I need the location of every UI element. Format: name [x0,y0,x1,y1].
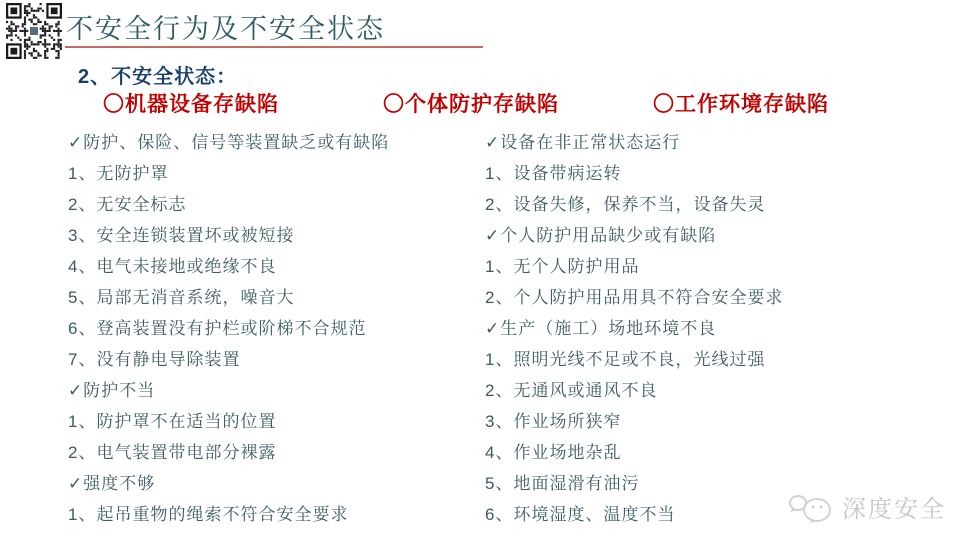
list-item: 2、无通风或通风不良 [485,375,900,406]
list-item: 1、照明光线不足或不良，光线过强 [485,344,900,375]
list-item: ✓生产（施工）场地环境不良 [485,313,900,344]
list-item: 1、设备带病运转 [485,158,900,189]
list-item: 4、电气未接地或绝缘不良 [68,251,483,282]
list-item: 5、局部无消音系统，噪音大 [68,282,483,313]
list-item: ✓防护、保险、信号等装置缺乏或有缺陷 [68,127,483,158]
watermark-logo-icon [788,490,836,524]
list-item: 2、电气装置带电部分裸露 [68,437,483,468]
list-item: 2、无安全标志 [68,189,483,220]
list-item: 1、无个人防护用品 [485,251,900,282]
section-heading: 2、不安全状态： [78,60,237,89]
list-item: 1、防护罩不在适当的位置 [68,406,483,437]
left-column-list: ✓防护、保险、信号等装置缺乏或有缺陷1、无防护罩2、无安全标志3、安全连锁装置坏… [68,127,483,530]
list-item: 2、个人防护用品用具不符合安全要求 [485,282,900,313]
list-item: ✓个人防护用品缺少或有缺陷 [485,220,900,251]
list-item: ✓防护不当 [68,375,483,406]
list-item: 3、作业场所狭窄 [485,406,900,437]
category-personal-protection-defect: 〇个体防护存缺陷 [383,88,559,118]
watermark: 深度安全 [788,489,946,524]
list-item: 7、没有静电导除装置 [68,344,483,375]
category-machine-equipment-defect: 〇机器设备存缺陷 [103,88,279,118]
list-item: ✓强度不够 [68,468,483,499]
list-item: 1、起吊重物的绳索不符合安全要求 [68,499,483,530]
list-item: 3、安全连锁装置坏或被短接 [68,220,483,251]
list-item: 6、登高装置没有护栏或阶梯不合规范 [68,313,483,344]
list-item: ✓设备在非正常状态运行 [485,127,900,158]
right-column-list: ✓设备在非正常状态运行1、设备带病运转2、设备失修，保养不当，设备失灵✓个人防护… [485,127,900,530]
category-work-environment-defect: 〇工作环境存缺陷 [653,88,829,118]
list-item: 1、无防护罩 [68,158,483,189]
list-item: 4、作业场地杂乱 [485,437,900,468]
qr-code-icon [6,3,62,59]
title-underline [65,46,483,48]
slide: 不安全行为及不安全状态 2、不安全状态： 〇机器设备存缺陷 〇个体防护存缺陷 〇… [0,0,960,540]
list-item: 2、设备失修，保养不当，设备失灵 [485,189,900,220]
watermark-text: 深度安全 [842,489,946,524]
page-title: 不安全行为及不安全状态 [66,7,385,46]
